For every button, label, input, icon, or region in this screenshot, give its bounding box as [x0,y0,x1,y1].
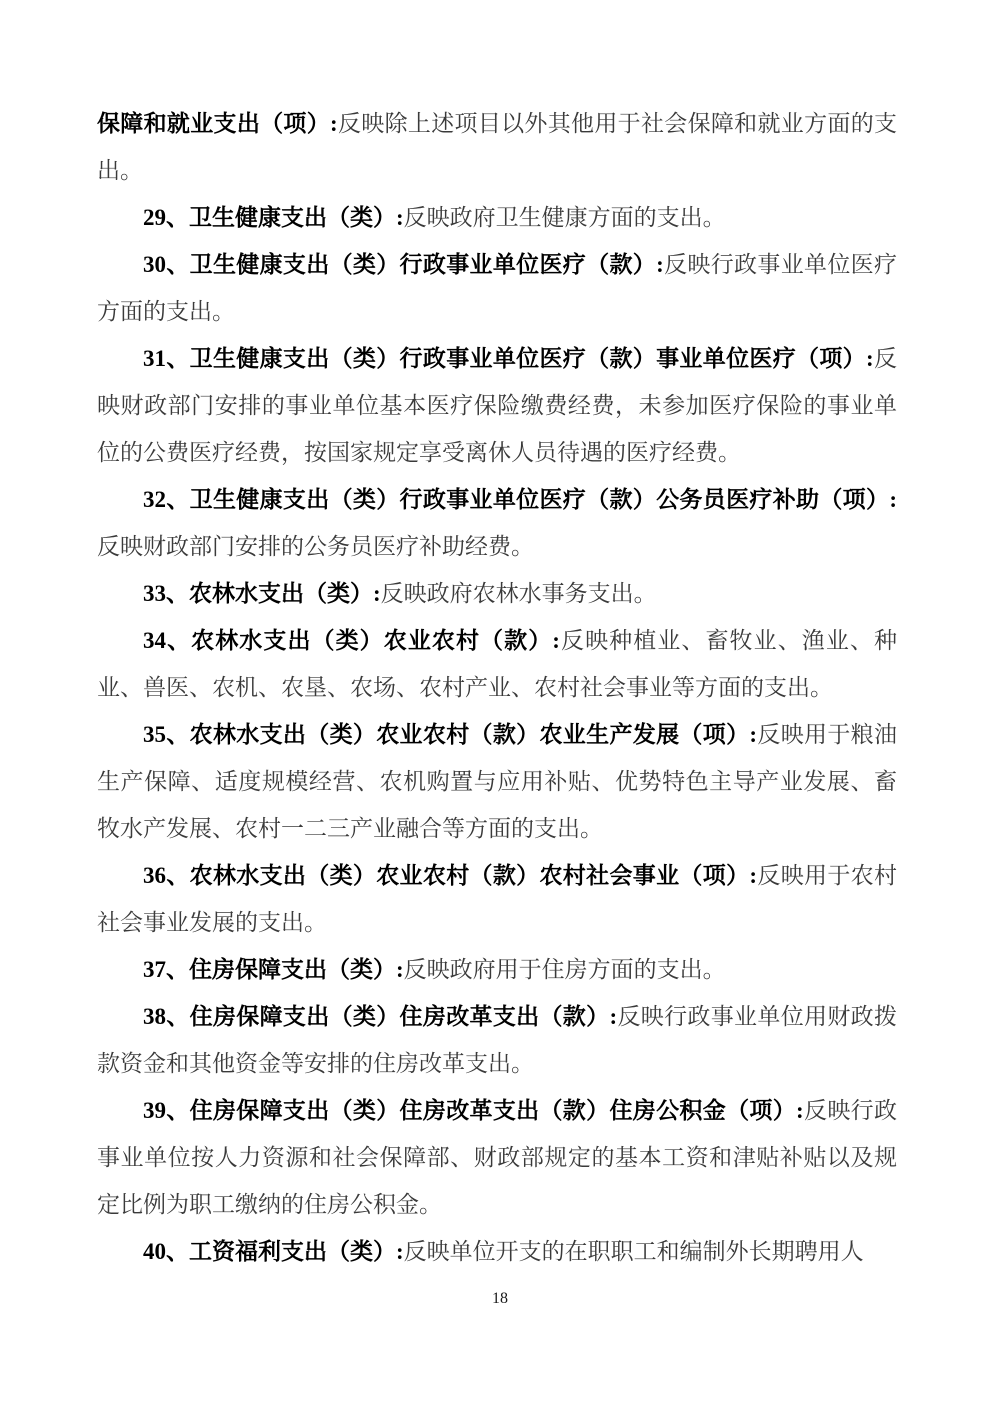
paragraph-text: 反映单位开支的在职职工和编制外长期聘用人 [404,1239,864,1264]
page-number: 18 [0,1288,1000,1310]
paragraph-item-32: 32、卫生健康支出（类）行政事业单位医疗（款）公务员医疗补助（项）:反映财政部门… [97,476,897,570]
paragraph-label: 29、卫生健康支出（类）: [143,205,404,230]
paragraph-label: 32、卫生健康支出（类）行政事业单位医疗（款）公务员医疗补助（项）: [143,487,897,512]
paragraph-label: 33、农林水支出（类）: [143,581,381,606]
paragraph-item-37: 37、住房保障支出（类）:反映政府用于住房方面的支出。 [97,946,897,993]
document-page: 保障和就业支出（项）:反映除上述项目以外其他用于社会保障和就业方面的支出。 29… [0,0,1000,1414]
paragraph-item-29: 29、卫生健康支出（类）:反映政府卫生健康方面的支出。 [97,194,897,241]
paragraph-item-39: 39、住房保障支出（类）住房改革支出（款）住房公积金（项）:反映行政事业单位按人… [97,1087,897,1228]
paragraph-label: 31、卫生健康支出（类）行政事业单位医疗（款）事业单位医疗（项）: [143,346,874,371]
paragraph-label: 38、住房保障支出（类）住房改革支出（款）: [143,1004,617,1029]
paragraph-item-38: 38、住房保障支出（类）住房改革支出（款）:反映行政事业单位用财政拨款资金和其他… [97,993,897,1087]
paragraph-item-35: 35、农林水支出（类）农业农村（款）农业生产发展（项）:反映用于粮油生产保障、适… [97,711,897,852]
paragraph-text: 反映政府卫生健康方面的支出。 [404,205,726,230]
paragraph-text: 反映财政部门安排的公务员医疗补助经费。 [97,534,534,559]
paragraph-item-40: 40、工资福利支出（类）:反映单位开支的在职职工和编制外长期聘用人 [97,1228,897,1275]
paragraph-label: 36、农林水支出（类）农业农村（款）农村社会事业（项）: [143,863,757,888]
paragraph-label: 37、住房保障支出（类）: [143,957,404,982]
paragraph-item-30: 30、卫生健康支出（类）行政事业单位医疗（款）:反映行政事业单位医疗方面的支出。 [97,241,897,335]
paragraph-item-36: 36、农林水支出（类）农业农村（款）农村社会事业（项）:反映用于农村社会事业发展… [97,852,897,946]
paragraph-label: 35、农林水支出（类）农业农村（款）农业生产发展（项）: [143,722,757,747]
paragraph-item-33: 33、农林水支出（类）:反映政府农林水事务支出。 [97,570,897,617]
paragraph-item-31: 31、卫生健康支出（类）行政事业单位医疗（款）事业单位医疗（项）:反映财政部门安… [97,335,897,476]
paragraph-item-34: 34、农林水支出（类）农业农村（款）:反映种植业、畜牧业、渔业、种业、兽医、农机… [97,617,897,711]
paragraph-28-continuation: 保障和就业支出（项）:反映除上述项目以外其他用于社会保障和就业方面的支出。 [97,100,897,194]
paragraph-text: 反映政府农林水事务支出。 [381,581,657,606]
paragraph-label: 34、农林水支出（类）农业农村（款）: [143,628,560,653]
paragraph-label: 40、工资福利支出（类）: [143,1239,404,1264]
paragraph-label: 30、卫生健康支出（类）行政事业单位医疗（款）: [143,252,664,277]
paragraph-label: 39、住房保障支出（类）住房改革支出（款）住房公积金（项）: [143,1098,804,1123]
paragraph-label: 保障和就业支出（项）: [97,111,338,136]
paragraph-text: 反映政府用于住房方面的支出。 [404,957,726,982]
